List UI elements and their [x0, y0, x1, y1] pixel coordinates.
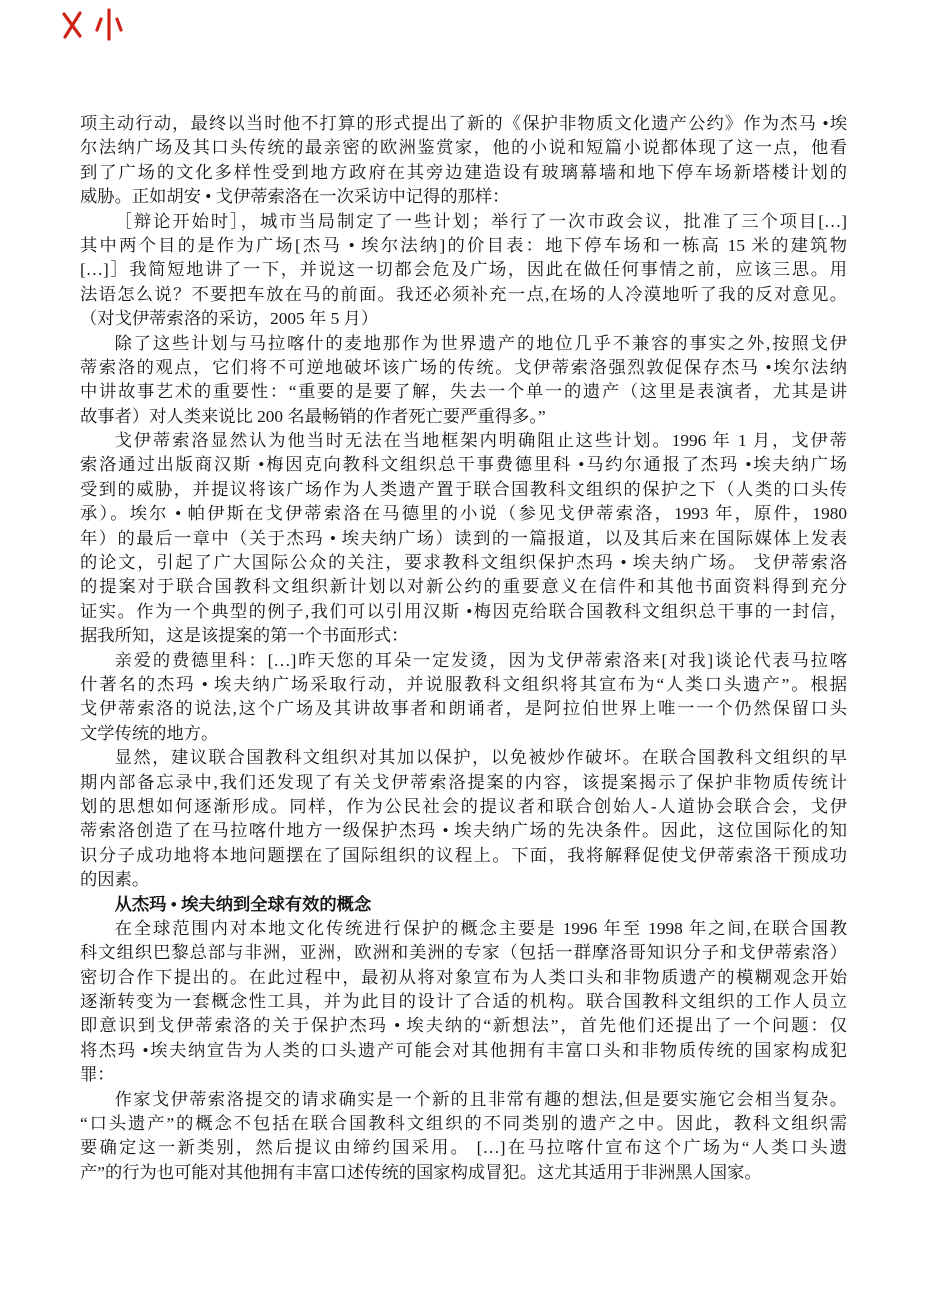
text-line: 威胁。正如胡安 • 戈伊蒂索洛在一次采访中记得的那样： [80, 185, 847, 209]
text-line: 中讲故事艺术的重要性：“重要的是要了解，失去一个单一的遗产（这里是表演者，尤其是… [80, 380, 847, 404]
text-line: 其中两个目的是作为广场[杰马 • 埃尔法纳]的价目表：地下停车场和一栋高 15 … [80, 234, 847, 258]
text-line: 的因素。 [80, 868, 847, 892]
text-line: 到了广场的文化多样性受到地方政府在其旁边建造设有玻璃幕墙和地下停车场新塔楼计划的 [80, 161, 847, 185]
text-line: 在全球范围内对本地文化传统进行保护的概念主要是 1996 年至 1998 年之间… [80, 917, 847, 941]
text-line: 的论文，引起了广大国际公众的关注，要求教科文组织保护杰玛 • 埃夫纳广场。 戈伊… [80, 551, 847, 575]
text-line: 显然，建议联合国教科文组织对其加以保护，以免被炒作破坏。在联合国教科文组织的早 [80, 746, 847, 770]
text-line: 作家戈伊蒂索洛提交的请求确实是一个新的且非常有趣的想法,但是要实施它会相当复杂。 [80, 1088, 847, 1112]
text-line: 要确定这一新类别，然后提议由缔约国采用。 […]在马拉喀什宣布这个广场为“人类口… [80, 1136, 847, 1160]
text-line: 证实。作为一个典型的例子,我们可以引用汉斯 •梅因克给联合国教科文组织总干事的一… [80, 600, 847, 624]
text-line: 逐渐转变为一套概念性工具，并为此目的设计了合适的机构。联合国教科文组织的工作人员… [80, 990, 847, 1014]
text-line: “口头遗产”的概念不包括在联合国教科文组织的不同类别的遗产之中。因此，教科文组织… [80, 1112, 847, 1136]
section-heading: 从杰玛 • 埃夫纳到全球有效的概念 [80, 893, 847, 917]
text-line: 期内部备忘录中,我们还发现了有关戈伊蒂索洛提案的内容，该提案揭示了保护非物质传统… [80, 771, 847, 795]
paragraph: ［辩论开始时］，城市当局制定了一些计划；举行了一次市政会议，批准了三个项目[…]… [80, 210, 847, 332]
text-line: 亲爱的费德里科：[…]昨天您的耳朵一定发烫，因为戈伊蒂索洛来[对我]谈论代表马拉… [80, 649, 847, 673]
text-line: 除了这些计划与马拉喀什的麦地那作为世界遗产的地位几乎不兼容的事实之外,按照戈伊 [80, 332, 847, 356]
paragraph: 项主动行动，最终以当时他不打算的形式提出了新的《保护非物质文化遗产公约》作为杰马… [80, 112, 847, 210]
text-line: 故事者）对人类来说比 200 名最畅销的作者死亡要严重得多。” [80, 405, 847, 429]
text-line: 从杰玛 • 埃夫纳到全球有效的概念 [80, 893, 847, 917]
document-text: 项主动行动，最终以当时他不打算的形式提出了新的《保护非物质文化遗产公约》作为杰马… [80, 112, 847, 1185]
red-pen-marks-icon [57, 5, 135, 45]
document-page: 项主动行动，最终以当时他不打算的形式提出了新的《保护非物质文化遗产公约》作为杰马… [0, 0, 926, 1309]
text-line: 年）的最后一章中（关于杰玛 • 埃夫纳广场）读到的一篇报道，以及其后来在国际媒体… [80, 527, 847, 551]
text-line: 识分子成功地将本地问题摆在了国际组织的议程上。下面，我将解释促使戈伊蒂索洛干预成… [80, 844, 847, 868]
text-line: ［辩论开始时］，城市当局制定了一些计划；举行了一次市政会议，批准了三个项目[…] [80, 210, 847, 234]
text-line: 尔法纳广场及其口头传统的最亲密的欧洲鉴赏家，他的小说和短篇小说都体现了这一点，他… [80, 136, 847, 160]
text-line: […]］我简短地讲了一下，并说这一切都会危及广场，因此在做任何事情之前，应该三思… [80, 258, 847, 282]
text-line: 将杰玛 •埃夫纳宣告为人类的口头遗产可能会对其他拥有丰富口头和非物质传统的国家构… [80, 1039, 847, 1063]
text-line: 罪： [80, 1063, 847, 1087]
text-line: 文学传统的地方。 [80, 722, 847, 746]
text-line: 戈伊蒂索洛的说法,这个广场及其讲故事者和朗诵者，是阿拉伯世界上唯一一个仍然保留口… [80, 697, 847, 721]
text-line: 的提案对于联合国教科文组织新计划以对新公约的重要意义在信件和其他书面资料得到充分 [80, 575, 847, 599]
paragraph: 在全球范围内对本地文化传统进行保护的概念主要是 1996 年至 1998 年之间… [80, 917, 847, 1088]
text-line: 产”的行为也可能对其他拥有丰富口述传统的国家构成冒犯。这尤其适用于非洲黑人国家。 [80, 1161, 847, 1185]
text-line: 蒂索洛的观点，它们将不可逆地破坏该广场的传统。戈伊蒂索洛强烈敦促保存杰马 •埃尔… [80, 356, 847, 380]
paragraph: 作家戈伊蒂索洛提交的请求确实是一个新的且非常有趣的想法,但是要实施它会相当复杂。… [80, 1088, 847, 1186]
text-line: 索洛通过出版商汉斯 •梅因克向教科文组织总干事费德里科 •马约尔通报了杰玛 •埃… [80, 453, 847, 477]
text-line: 戈伊蒂索洛显然认为他当时无法在当地框架内明确阻止这些计划。1996 年 1 月，… [80, 429, 847, 453]
text-line: 承）。埃尔 • 帕伊斯在戈伊蒂索洛在马德里的小说（参见戈伊蒂索洛，1993 年，… [80, 502, 847, 526]
text-line: 即意识到戈伊蒂索洛的关于保护杰玛 • 埃夫纳的“新想法”，首先他们还提出了一个问… [80, 1014, 847, 1038]
paragraph: 显然，建议联合国教科文组织对其加以保护，以免被炒作破坏。在联合国教科文组织的早期… [80, 746, 847, 892]
text-line: 蒂索洛创造了在马拉喀什地方一级保护杰玛 • 埃夫纳广场的先决条件。因此，这位国际… [80, 819, 847, 843]
text-line: 法语怎么说？不要把车放在马的前面。我还必须补充一点,在场的人冷漠地听了我的反对意… [80, 283, 847, 307]
text-line: （对戈伊蒂索洛的采访，2005 年 5 月） [80, 307, 847, 331]
text-line: 受到的威胁，并提议将该广场作为人类遗产置于联合国教科文组织的保护之下（人类的口头… [80, 478, 847, 502]
paragraph: 亲爱的费德里科：[…]昨天您的耳朵一定发烫，因为戈伊蒂索洛来[对我]谈论代表马拉… [80, 649, 847, 747]
paragraph: 戈伊蒂索洛显然认为他当时无法在当地框架内明确阻止这些计划。1996 年 1 月，… [80, 429, 847, 649]
text-line: 科文组织巴黎总部与非洲，亚洲，欧洲和美洲的专家（包括一群摩洛哥知识分子和戈伊蒂索… [80, 941, 847, 965]
text-line: 划的思想如何逐渐形成。同样，作为公民社会的提议者和联合创始人-人道协会联合会，戈… [80, 795, 847, 819]
paragraph: 除了这些计划与马拉喀什的麦地那作为世界遗产的地位几乎不兼容的事实之外,按照戈伊蒂… [80, 332, 847, 430]
text-line: 项主动行动，最终以当时他不打算的形式提出了新的《保护非物质文化遗产公约》作为杰马… [80, 112, 847, 136]
text-line: 密切合作下提出的。在此过程中，最初从将对象宣布为人类口头和非物质遗产的模糊观念开… [80, 966, 847, 990]
text-line: 什著名的杰玛 • 埃夫纳广场采取行动，并说服教科文组织将其宣布为“人类口头遗产”… [80, 673, 847, 697]
text-line: 据我所知，这是该提案的第一个书面形式： [80, 624, 847, 648]
